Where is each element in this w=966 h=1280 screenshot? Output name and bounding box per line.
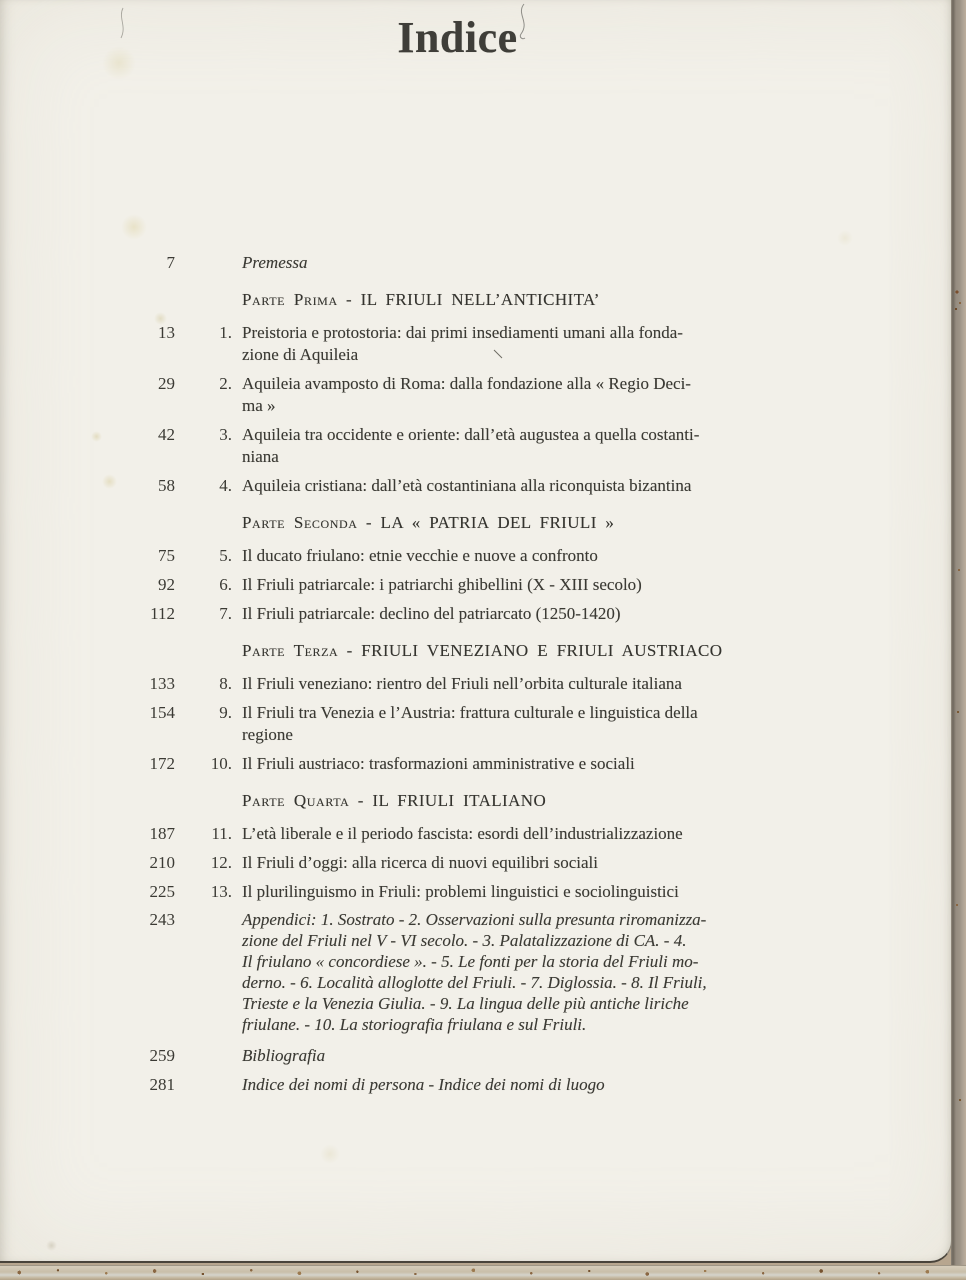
foxing-spot [121, 214, 147, 240]
foxing-spot [837, 230, 853, 246]
page-number: 281 [0, 1074, 175, 1096]
foxing-spot [46, 1240, 57, 1251]
item-number: 10. [175, 753, 232, 775]
toc-entry: 1549.Il Friuli tra Venezia e l’Austria: … [0, 702, 766, 746]
part-label: Parte Quarta [242, 791, 349, 810]
page-number: 210 [0, 852, 175, 874]
entry-text: Il Friuli patriarcale: declino del patri… [242, 603, 735, 625]
toc-part-heading: Parte Quarta - IL FRIULI ITALIANO [0, 790, 766, 812]
toc-entry: 18711.L’età liberale e il periodo fascis… [0, 823, 766, 845]
entry-text: Il ducato friulano: etnie vecchie e nuov… [242, 545, 735, 567]
item-number [175, 909, 232, 1035]
entry-text: Il plurilinguismo in Friuli: problemi li… [242, 881, 735, 903]
entry-text: Il Friuli austriaco: trasformazioni ammi… [242, 753, 735, 775]
item-number: 8. [175, 673, 232, 695]
toc-entry: 755.Il ducato friulano: etnie vecchie e … [0, 545, 766, 567]
toc-entry: 7Premessa [0, 252, 766, 274]
item-number: 3. [175, 424, 232, 468]
item-number: 2. [175, 373, 232, 417]
page-title: Indice [0, 12, 915, 63]
part-title: - IL FRIULI ITALIANO [358, 791, 546, 810]
item-number [175, 790, 232, 812]
text-line: Il friulano « concordiese ». - 5. Le fon… [242, 951, 735, 972]
part-heading-text: Parte Prima - IL FRIULI NELL’ANTICHITA’ [242, 289, 766, 311]
page-number: 92 [0, 574, 175, 596]
item-number [175, 640, 232, 662]
item-number [175, 1074, 232, 1096]
entry-text: Il Friuli veneziano: rientro del Friuli … [242, 673, 735, 695]
item-number: 7. [175, 603, 232, 625]
page-number: 42 [0, 424, 175, 468]
item-number [175, 512, 232, 534]
foxing-spot [320, 1144, 340, 1164]
item-number [175, 252, 232, 274]
part-title: - IL FRIULI NELL’ANTICHITA’ [346, 290, 600, 309]
text-line: Il Friuli veneziano: rientro del Friuli … [242, 673, 735, 695]
toc-part-heading: Parte Terza - FRIULI VENEZIANO E FRIULI … [0, 640, 766, 662]
item-number: 12. [175, 852, 232, 874]
text-line: zione di Aquileia [242, 344, 735, 366]
text-line: zione del Friuli nel V - VI secolo. - 3.… [242, 930, 735, 951]
text-line: Il Friuli tra Venezia e l’Austria: fratt… [242, 702, 735, 724]
text-line: niana [242, 446, 735, 468]
text-line: Trieste e la Venezia Giulia. - 9. La lin… [242, 993, 735, 1014]
entry-text: Il Friuli patriarcale: i patriarchi ghib… [242, 574, 735, 596]
toc-entry: 926.Il Friuli patriarcale: i patriarchi … [0, 574, 766, 596]
text-line: Aquileia avamposto di Roma: dalla fondaz… [242, 373, 735, 395]
text-line: derno. - 6. Località alloglotte del Friu… [242, 972, 735, 993]
item-number [175, 1045, 232, 1067]
part-label: Parte Prima [242, 290, 338, 309]
toc-entry: 1338.Il Friuli veneziano: rientro del Fr… [0, 673, 766, 695]
item-number: 5. [175, 545, 232, 567]
text-line: Bibliografia [242, 1045, 735, 1067]
toc-entry: 243Appendici: 1. Sostrato - 2. Osservazi… [0, 909, 766, 1035]
page-number: 112 [0, 603, 175, 625]
entry-text: Il Friuli tra Venezia e l’Austria: fratt… [242, 702, 735, 746]
part-heading-text: Parte Seconda - LA « PATRIA DEL FRIULI » [242, 512, 766, 534]
part-heading-text: Parte Quarta - IL FRIULI ITALIANO [242, 790, 766, 812]
toc-entry: 292.Aquileia avamposto di Roma: dalla fo… [0, 373, 766, 417]
entry-text: Il Friuli d’oggi: alla ricerca di nuovi … [242, 852, 735, 874]
toc-entry: 131.Preistoria e protostoria: dai primi … [0, 322, 766, 366]
page-number: 13 [0, 322, 175, 366]
entry-text: Preistoria e protostoria: dai primi inse… [242, 322, 735, 366]
part-heading-text: Parte Terza - FRIULI VENEZIANO E FRIULI … [242, 640, 766, 662]
toc-entry: 259Bibliografia [0, 1045, 766, 1067]
entry-text: Indice dei nomi di persona - Indice dei … [242, 1074, 735, 1096]
text-line: Il plurilinguismo in Friuli: problemi li… [242, 881, 735, 903]
entry-text: Aquileia cristiana: dall’età costantinia… [242, 475, 735, 497]
part-title: - FRIULI VENEZIANO E FRIULI AUSTRIACO [347, 641, 723, 660]
page-number [0, 640, 175, 662]
part-label: Parte Terza [242, 641, 338, 660]
toc-entry: 584.Aquileia cristiana: dall’età costant… [0, 475, 766, 497]
scanned-book-page: Indice 7PremessaParte Prima - IL FRIULI … [0, 0, 952, 1263]
item-number: 6. [175, 574, 232, 596]
book-pages-edge-bottom [0, 1265, 966, 1280]
page-number: 172 [0, 753, 175, 775]
text-line: Il ducato friulano: etnie vecchie e nuov… [242, 545, 735, 567]
page-number: 75 [0, 545, 175, 567]
page-number: 7 [0, 252, 175, 274]
page-number: 225 [0, 881, 175, 903]
entry-text: Bibliografia [242, 1045, 735, 1067]
toc-part-heading: Parte Seconda - LA « PATRIA DEL FRIULI » [0, 512, 766, 534]
toc-entry: 17210.Il Friuli austriaco: trasformazion… [0, 753, 766, 775]
text-line: Aquileia tra occidente e oriente: dall’e… [242, 424, 735, 446]
item-number: 11. [175, 823, 232, 845]
entry-text: Premessa [242, 252, 735, 274]
entry-text: Aquileia tra occidente e oriente: dall’e… [242, 424, 735, 468]
item-number: 1. [175, 322, 232, 366]
toc-entry: 1127.Il Friuli patriarcale: declino del … [0, 603, 766, 625]
table-of-contents: 7PremessaParte Prima - IL FRIULI NELL’AN… [0, 252, 766, 1096]
entry-text: L’età liberale e il periodo fascista: es… [242, 823, 735, 845]
page-number: 133 [0, 673, 175, 695]
part-label: Parte Seconda [242, 513, 358, 532]
toc-entry: 281Indice dei nomi di persona - Indice d… [0, 1074, 766, 1096]
entry-text: Appendici: 1. Sostrato - 2. Osservazioni… [242, 909, 735, 1035]
text-line: Preistoria e protostoria: dai primi inse… [242, 322, 735, 344]
item-number [175, 289, 232, 311]
text-line: L’età liberale e il periodo fascista: es… [242, 823, 735, 845]
item-number: 4. [175, 475, 232, 497]
page-number [0, 512, 175, 534]
text-line: Il Friuli d’oggi: alla ricerca di nuovi … [242, 852, 735, 874]
text-line: Appendici: 1. Sostrato - 2. Osservazioni… [242, 909, 735, 930]
toc-entry: 423.Aquileia tra occidente e oriente: da… [0, 424, 766, 468]
text-line: ma » [242, 395, 735, 417]
page-number [0, 790, 175, 812]
item-number: 13. [175, 881, 232, 903]
text-line: Aquileia cristiana: dall’età costantinia… [242, 475, 735, 497]
item-number: 9. [175, 702, 232, 746]
text-line: regione [242, 724, 735, 746]
entry-text: Aquileia avamposto di Roma: dalla fondaz… [242, 373, 735, 417]
text-line: Il Friuli austriaco: trasformazioni ammi… [242, 753, 735, 775]
page-number: 243 [0, 909, 175, 1035]
toc-entry: 21012.Il Friuli d’oggi: alla ricerca di … [0, 852, 766, 874]
page-number: 154 [0, 702, 175, 746]
text-line: friulane. - 10. La storiografia friulana… [242, 1014, 735, 1035]
page-number: 259 [0, 1045, 175, 1067]
book-pages-edge-right [951, 0, 966, 1280]
text-line: Indice dei nomi di persona - Indice dei … [242, 1074, 735, 1096]
page-number: 29 [0, 373, 175, 417]
page-number: 187 [0, 823, 175, 845]
part-title: - LA « PATRIA DEL FRIULI » [366, 513, 615, 532]
toc-part-heading: Parte Prima - IL FRIULI NELL’ANTICHITA’ [0, 289, 766, 311]
text-line: Il Friuli patriarcale: declino del patri… [242, 603, 735, 625]
page-number: 58 [0, 475, 175, 497]
page-number [0, 289, 175, 311]
text-line: Premessa [242, 252, 735, 274]
toc-entry: 22513.Il plurilinguismo in Friuli: probl… [0, 881, 766, 903]
text-line: Il Friuli patriarcale: i patriarchi ghib… [242, 574, 735, 596]
